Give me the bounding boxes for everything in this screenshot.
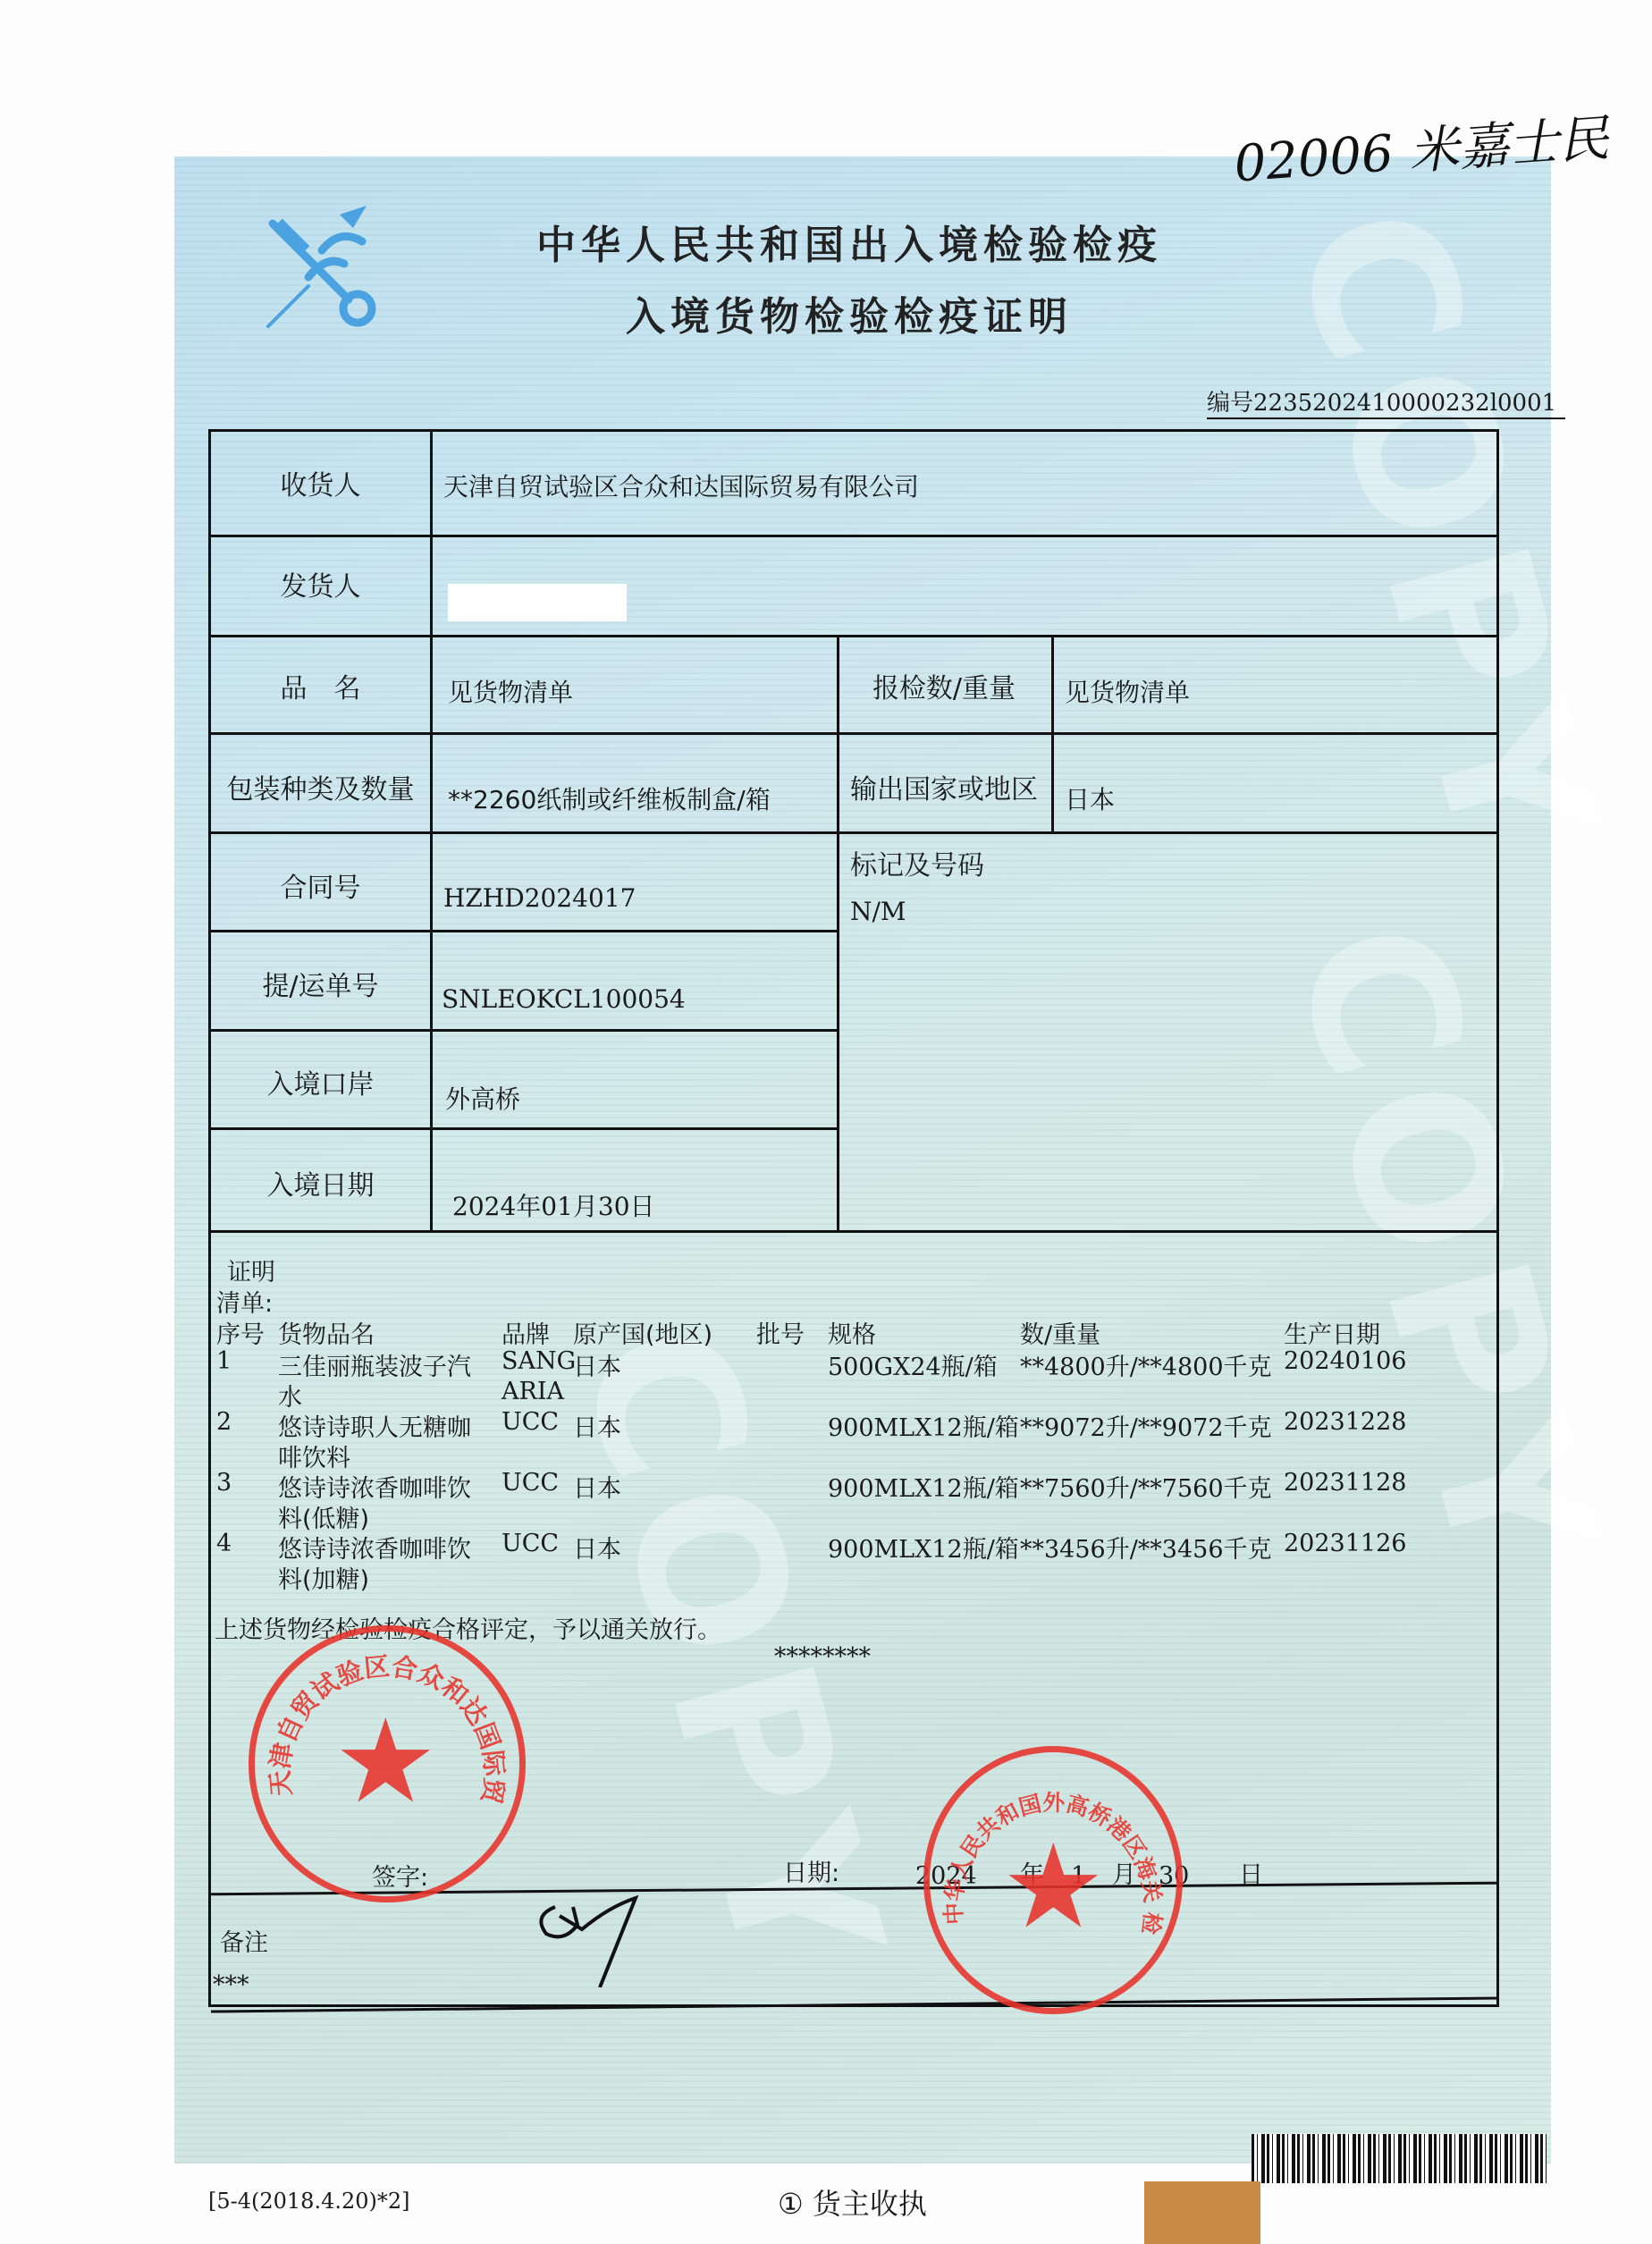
entry-port-label: 入境口岸 [211, 1062, 430, 1101]
goods-list-label: 清单: [216, 1284, 273, 1319]
remarks-label: 备注 [220, 1923, 268, 1958]
entry-date-value: 2024年01月30日 [452, 1187, 655, 1223]
goods-cell-no: 1 [216, 1347, 232, 1375]
goods-cell-brand: UCC [501, 1408, 559, 1436]
goods-cell-no: 4 [216, 1530, 232, 1557]
goods-cell-brand-continued: ARIA [501, 1378, 564, 1405]
copy-label: ① 货主收执 [778, 2181, 927, 2223]
remarks-value: *** [213, 1971, 249, 1999]
goods-cell-origin: 日本 [573, 1530, 621, 1565]
goods-cell-name: 三佳丽瓶装波子汽 [278, 1347, 471, 1382]
goods-cell-name-continued: 料(加糖) [278, 1560, 369, 1595]
goods-cell-date: 20240106 [1284, 1347, 1406, 1375]
sign-day-unit: 日 [1239, 1855, 1263, 1890]
goods-cell-qty: **4800升/**4800千克 [1020, 1347, 1272, 1382]
goods-cell-date: 20231228 [1284, 1408, 1406, 1436]
company-seal: ★ 天津自贸试验区合众和达国际贸易有限公司 [249, 1625, 526, 1902]
goods-cell-origin: 日本 [573, 1408, 621, 1443]
entry-port-value: 外高桥 [445, 1080, 520, 1116]
goods-cell-no: 2 [216, 1408, 232, 1436]
contract-label: 合同号 [211, 865, 430, 905]
marks-value: N/M [850, 897, 906, 926]
product-name-value: 见货物清单 [448, 673, 573, 709]
svg-text:天津自贸试验区合众和达国际贸易有限公司: 天津自贸试验区合众和达国际贸易有限公司 [255, 1632, 510, 1807]
col-origin: 原产国(地区) [573, 1315, 712, 1350]
goods-cell-origin: 日本 [573, 1469, 621, 1504]
contract-value: HZHD2024017 [443, 883, 636, 913]
goods-cell-brand: SANG [501, 1347, 576, 1375]
col-date: 生产日期 [1284, 1315, 1380, 1350]
consignee-label: 收货人 [211, 463, 430, 502]
goods-cell-no: 3 [216, 1469, 232, 1497]
consignor-label: 发货人 [211, 564, 430, 603]
certificate-heading: 证明 [227, 1253, 275, 1287]
bill-of-lading-label: 提/运单号 [211, 964, 430, 1003]
goods-cell-date: 20231128 [1284, 1469, 1406, 1497]
goods-cell-spec: 900MLX12瓶/箱 [828, 1469, 1019, 1504]
product-name-label: 品 名 [211, 666, 430, 705]
form-code: [5-4(2018.4.20)*2] [208, 2189, 410, 2214]
serial-value: 2235202410000232l0001 [1253, 390, 1556, 417]
consignor-value-redacted [448, 584, 627, 621]
goods-cell-spec: 900MLX12瓶/箱 [828, 1530, 1019, 1565]
goods-cell-qty: **3456升/**3456千克 [1020, 1530, 1272, 1565]
col-no: 序号 [216, 1315, 265, 1350]
col-batch: 批号 [756, 1315, 805, 1350]
handwritten-note: 02006 米嘉士民 [1232, 98, 1612, 196]
document-title-agency: 中华人民共和国出入境检验检疫 [536, 213, 1162, 270]
export-country-label: 输出国家或地区 [837, 767, 1051, 806]
customs-inspection-seal: ★ 中华人民共和国外高桥港区海关 检验检疫专用章 07 [923, 1746, 1183, 2014]
barcode [1252, 2134, 1547, 2183]
col-spec: 规格 [828, 1315, 876, 1350]
serial-number: 编号2235202410000232l0001 [1207, 384, 1565, 419]
customs-emblem-icon [255, 201, 389, 335]
packing-value: **2260纸制或纤维板制盒/箱 [448, 780, 771, 816]
certificate-form: 收货人 天津自贸试验区合众和达国际贸易有限公司 发货人 品 名 见货物清单 报检… [208, 429, 1499, 2007]
col-qty: 数/重量 [1020, 1315, 1100, 1350]
quantity-weight-label: 报检数/重量 [837, 666, 1051, 705]
goods-cell-brand: UCC [501, 1530, 559, 1557]
packing-label: 包装种类及数量 [211, 767, 430, 806]
end-mark: ******** [774, 1643, 871, 1671]
document-title: 入境货物检验检疫证明 [626, 284, 1073, 342]
goods-cell-qty: **9072升/**9072千克 [1020, 1408, 1272, 1443]
consignee-value: 天津自贸试验区合众和达国际贸易有限公司 [443, 468, 919, 503]
col-brand: 品牌 [501, 1315, 550, 1350]
date-label: 日期: [783, 1853, 839, 1888]
goods-cell-date: 20231126 [1284, 1530, 1406, 1557]
bill-of-lading-value: SNLEOKCL100054 [442, 984, 686, 1014]
goods-cell-brand: UCC [501, 1469, 559, 1497]
goods-cell-qty: **7560升/**7560千克 [1020, 1469, 1272, 1504]
goods-cell-origin: 日本 [573, 1347, 621, 1382]
marks-label: 标记及号码 [850, 843, 984, 882]
goods-cell-spec: 900MLX12瓶/箱 [828, 1408, 1019, 1443]
serial-label: 编号 [1207, 390, 1253, 417]
handwritten-signature-icon [528, 1853, 662, 1987]
quantity-weight-value: 见货物清单 [1065, 673, 1190, 709]
svg-text:中华人民共和国外高桥港区海关 检验检疫专用章 07: 中华人民共和国外高桥港区海关 检验检疫专用章 07 [930, 1752, 1166, 1936]
tape-scrap [1144, 2181, 1260, 2244]
goods-cell-spec: 500GX24瓶/箱 [828, 1347, 998, 1382]
export-country-value: 日本 [1065, 780, 1115, 816]
entry-date-label: 入境日期 [211, 1163, 430, 1202]
col-name: 货物品名 [278, 1315, 375, 1350]
